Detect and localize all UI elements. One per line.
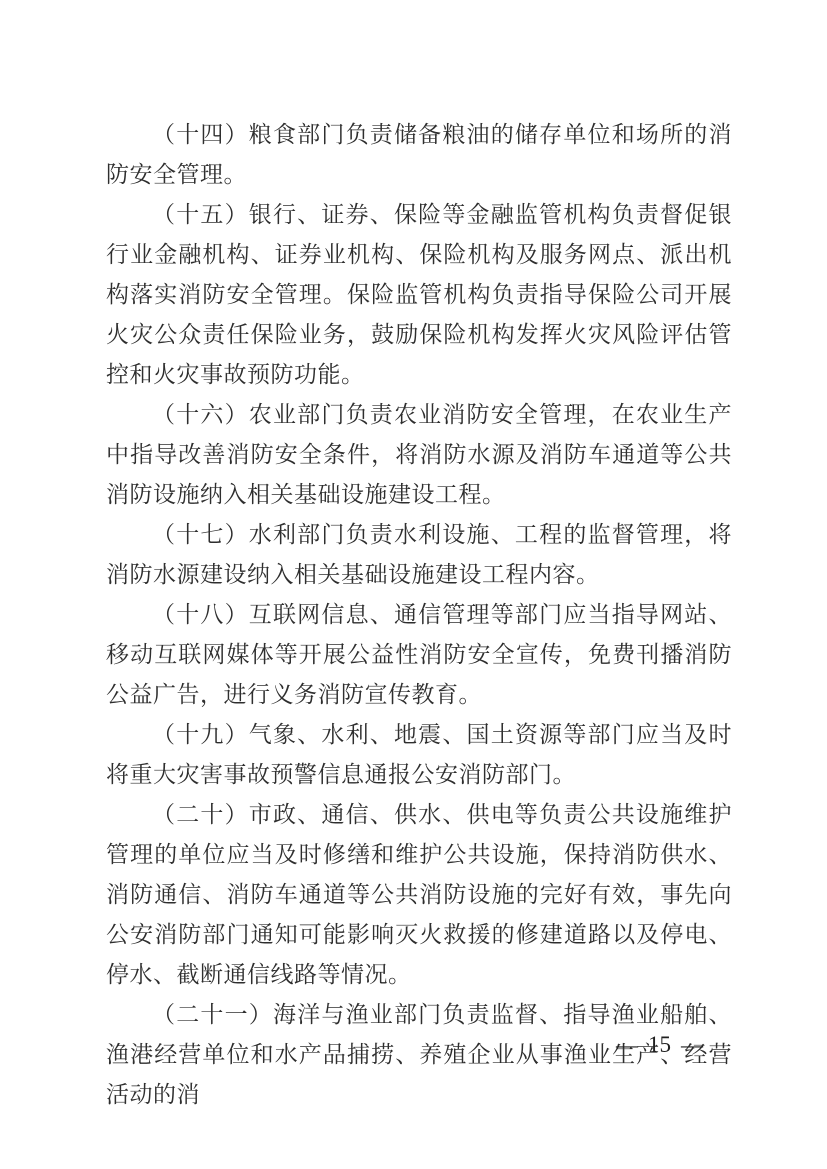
paragraph-item-16: （十六）农业部门负责农业消防安全管理，在农业生产中指导改善消防安全条件，将消防水…	[106, 395, 732, 515]
page-number-left-dash: —	[616, 1034, 638, 1056]
page-number-footer: — 15 —	[612, 1032, 707, 1058]
paragraph-item-18: （十八）互联网信息、通信管理等部门应当指导网站、移动互联网媒体等开展公益性消防安…	[106, 595, 732, 715]
paragraph-item-15: （十五）银行、证券、保险等金融监管机构负责督促银行业金融机构、证券业机构、保险机…	[106, 195, 732, 395]
document-body: （十四）粮食部门负责储备粮油的储存单位和场所的消防安全管理。 （十五）银行、证券…	[106, 115, 732, 1115]
paragraph-item-14: （十四）粮食部门负责储备粮油的储存单位和场所的消防安全管理。	[106, 115, 732, 195]
paragraph-item-17: （十七）水利部门负责水利设施、工程的监督管理，将消防水源建设纳入相关基础设施建设…	[106, 515, 732, 595]
paragraph-item-19: （十九）气象、水利、地震、国土资源等部门应当及时将重大灾害事故预警信息通报公安消…	[106, 715, 732, 795]
page-number: 15	[648, 1032, 671, 1058]
page-number-right-dash: —	[681, 1034, 703, 1056]
document-page: （十四）粮食部门负责储备粮油的储存单位和场所的消防安全管理。 （十五）银行、证券…	[0, 0, 827, 1169]
paragraph-item-20: （二十）市政、通信、供水、供电等负责公共设施维护管理的单位应当及时修缮和维护公共…	[106, 795, 732, 995]
